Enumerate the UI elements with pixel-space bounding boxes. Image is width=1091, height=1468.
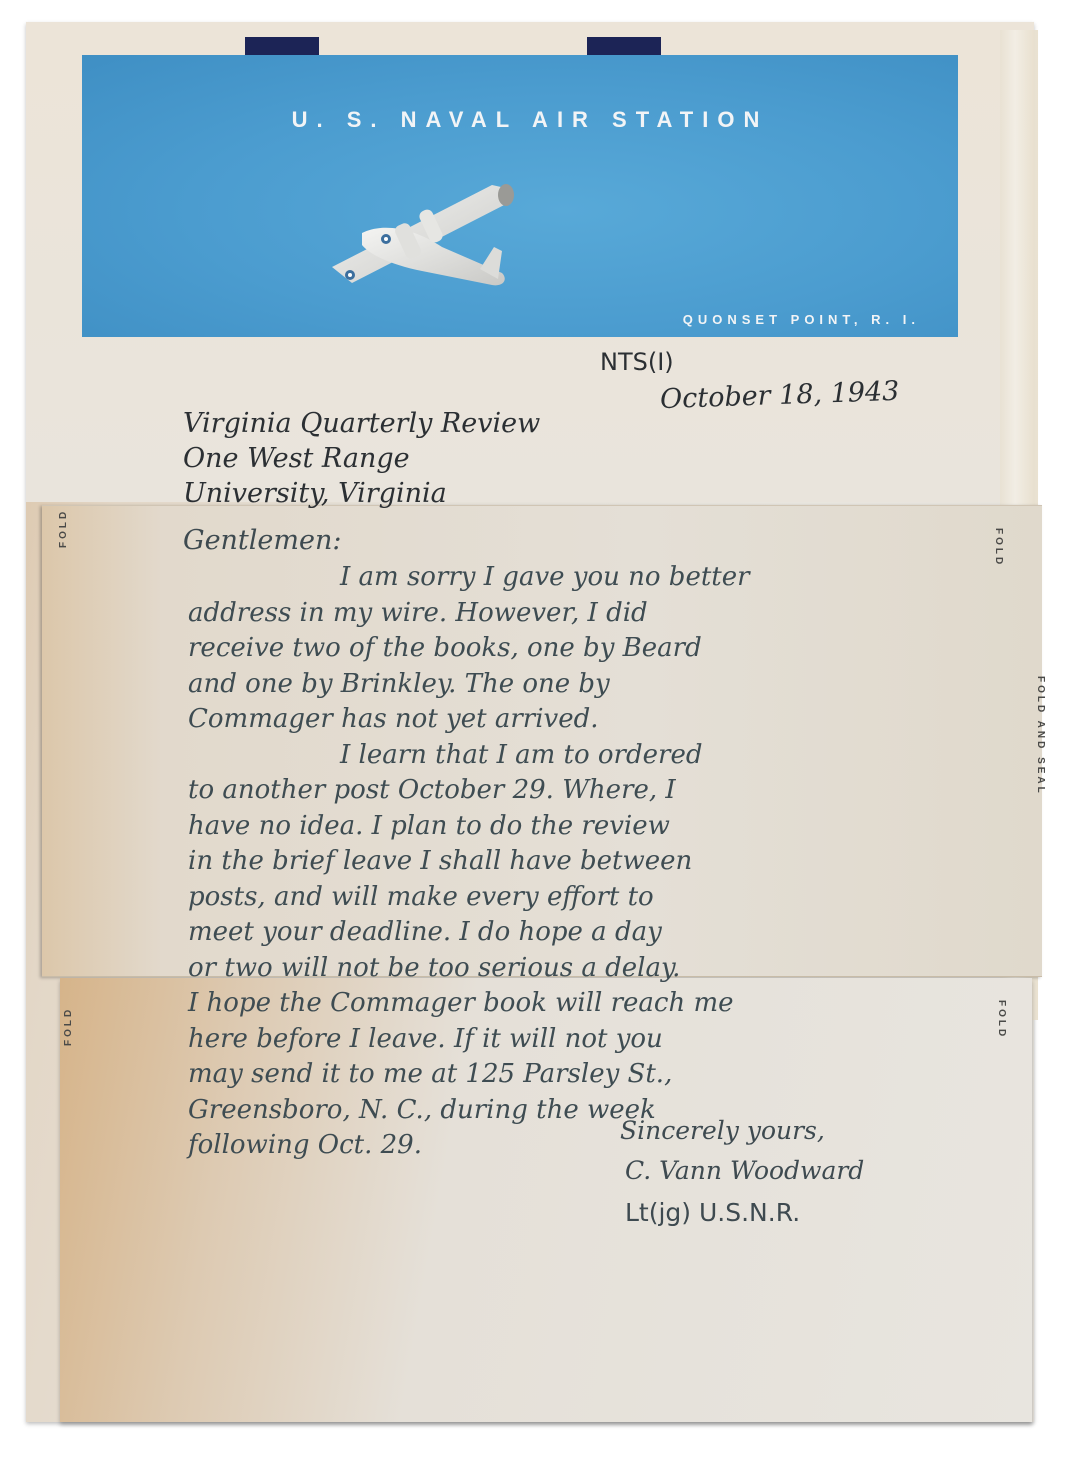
fold-label-right-seal: FOLD AND SEAL [1035,676,1046,796]
body-line: to another post October 29. Where, I [188,773,888,809]
body-line: address in my wire. However, I did [188,596,888,632]
routing-annotation: NTS(I) [600,350,674,374]
recipient-line: Virginia Quarterly Review [183,410,540,437]
body-line: or two will not be too serious a delay. [188,951,888,987]
signer-rank: Lt(jg) U.S.N.R. [625,1200,800,1225]
fold-label-right-lower: FOLD [996,1000,1007,1039]
fold-label-left-upper: FOLD [58,509,69,548]
body-line: posts, and will make every effort to [188,880,888,916]
body-line: meet your deadline. I do hope a day [188,915,888,951]
signature: C. Vann Woodward [625,1158,864,1183]
letterhead-title: U. S. NAVAL AIR STATION [82,107,958,133]
recipient-line: One West Range [183,445,410,472]
letterhead-location: QUONSET POINT, R. I. [683,312,920,327]
body-line: I learn that I am to ordered [188,738,888,774]
body-line: have no idea. I plan to do the review [188,809,888,845]
body-line: I hope the Commager book will reach me [188,986,888,1022]
recipient-line: University, Virginia [183,480,447,507]
body-line: and one by Brinkley. The one by [188,667,888,703]
seaplane-icon [322,175,532,305]
letterhead-banner: U. S. NAVAL AIR STATION QUONSET POINT, R… [82,55,958,337]
body-line: may send it to me at 125 Parsley St., [188,1057,888,1093]
letter-date: October 18, 1943 [660,378,900,413]
body-line: in the brief leave I shall have between [188,844,888,880]
body-line: I am sorry I gave you no better [188,560,888,596]
body-line: Commager has not yet arrived. [188,702,888,738]
body-line: here before I leave. If it will not you [188,1022,888,1058]
salutation: Gentlemen: [183,527,341,554]
fold-label-left-lower: FOLD [63,1007,74,1046]
fold-label-right-upper: FOLD [993,528,1004,567]
closing: Sincerely yours, [620,1118,825,1143]
letter-body: I am sorry I gave you no betteraddress i… [188,560,888,1164]
body-line: receive two of the books, one by Beard [188,631,888,667]
